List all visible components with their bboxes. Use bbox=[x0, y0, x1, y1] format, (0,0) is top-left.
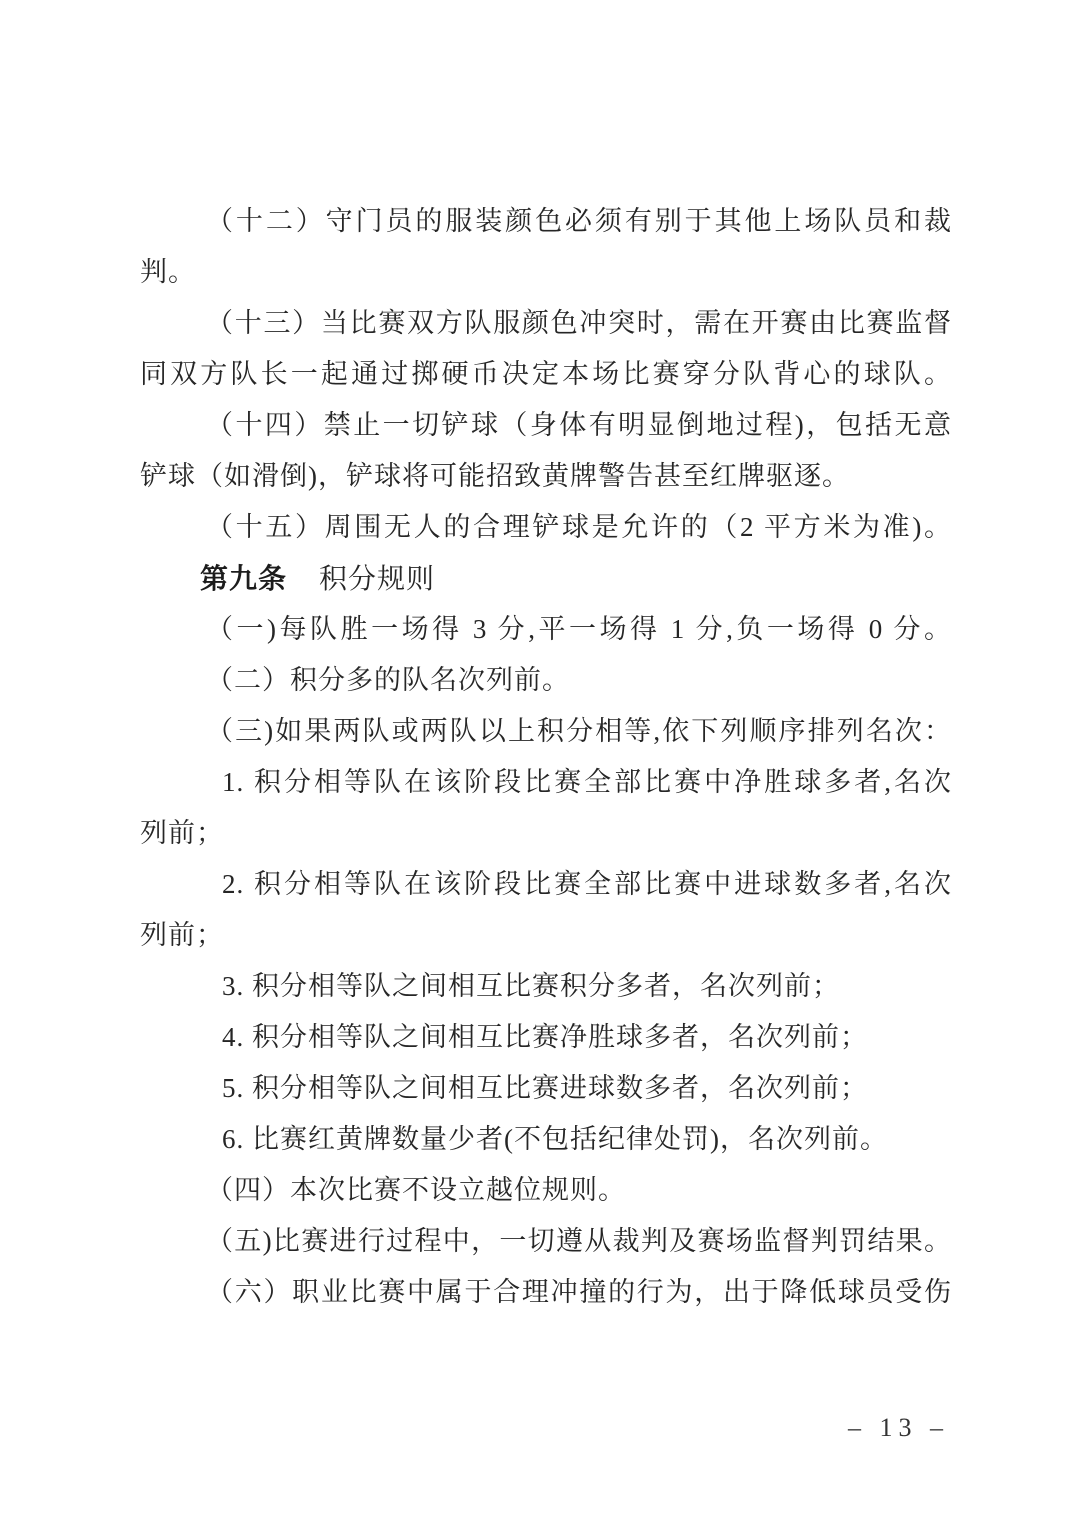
section-heading-label: 第九条 bbox=[200, 563, 287, 594]
text-line: （一)每队胜一场得 3 分,平一场得 1 分,负一场得 0 分。 bbox=[140, 604, 952, 655]
text-line: （六）职业比赛中属于合理冲撞的行为，出于降低球员受伤 bbox=[140, 1267, 952, 1318]
section-heading: 第九条积分规则 bbox=[140, 553, 952, 604]
text-line: （十二）守门员的服装颜色必须有别于其他上场队员和裁 bbox=[140, 196, 952, 247]
text-line: 同双方队长一起通过掷硬币决定本场比赛穿分队背心的球队。 bbox=[140, 349, 952, 400]
section-heading-title: 积分规则 bbox=[319, 564, 435, 595]
text-line: 铲球（如滑倒)，铲球将可能招致黄牌警告甚至红牌驱逐。 bbox=[140, 451, 952, 502]
text-line: （五)比赛进行过程中，一切遵从裁判及赛场监督判罚结果。 bbox=[140, 1216, 952, 1267]
text-line: （二）积分多的队名次列前。 bbox=[140, 655, 952, 706]
text-line: （三)如果两队或两队以上积分相等,依下列顺序排列名次： bbox=[140, 706, 952, 757]
text-line: 4. 积分相等队之间相互比赛净胜球多者，名次列前； bbox=[140, 1012, 952, 1063]
text-line: （十四）禁止一切铲球（身体有明显倒地过程)，包括无意 bbox=[140, 400, 952, 451]
text-line: 3. 积分相等队之间相互比赛积分多者，名次列前； bbox=[140, 961, 952, 1012]
text-line: 列前； bbox=[140, 808, 952, 859]
text-line: 列前； bbox=[140, 910, 952, 961]
text-line: 2. 积分相等队在该阶段比赛全部比赛中进球数多者,名次 bbox=[140, 859, 952, 910]
text-line: 判。 bbox=[140, 247, 952, 298]
text-line: 1. 积分相等队在该阶段比赛全部比赛中净胜球多者,名次 bbox=[140, 757, 952, 808]
text-line: 5. 积分相等队之间相互比赛进球数多者，名次列前； bbox=[140, 1063, 952, 1114]
text-line: （十三）当比赛双方队服颜色冲突时，需在开赛由比赛监督 bbox=[140, 298, 952, 349]
text-line: 6. 比赛红黄牌数量少者(不包括纪律处罚)，名次列前。 bbox=[140, 1114, 952, 1165]
text-line: （十五）周围无人的合理铲球是允许的（2 平方米为准)。 bbox=[140, 502, 952, 553]
page-number: – 13 – bbox=[848, 1408, 988, 1448]
document-body: （十二）守门员的服装颜色必须有别于其他上场队员和裁 判。 （十三）当比赛双方队服… bbox=[140, 196, 952, 1318]
document-page: （十二）守门员的服装颜色必须有别于其他上场队员和裁 判。 （十三）当比赛双方队服… bbox=[0, 0, 1080, 1527]
text-line: （四）本次比赛不设立越位规则。 bbox=[140, 1165, 952, 1216]
